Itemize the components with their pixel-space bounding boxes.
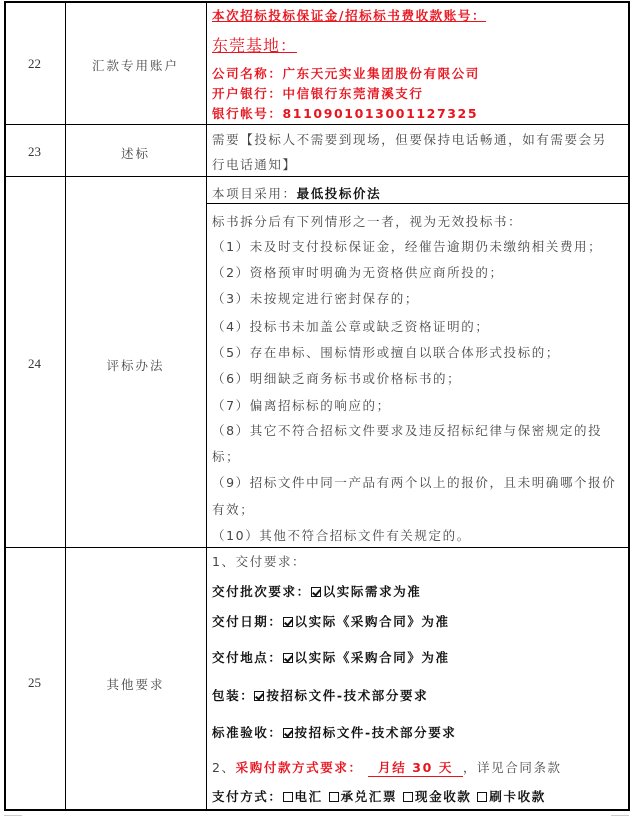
delivery-location: 交付地点：以实际《采购合同》为准 <box>212 648 450 666</box>
evaluation-method: 本项目采用：最低投标价法 <box>212 184 381 202</box>
checkbox-icon[interactable] <box>329 792 339 802</box>
row-label: 其他要求 <box>65 675 206 693</box>
row-label: 述标 <box>65 144 206 162</box>
row-number: 25 <box>4 675 65 691</box>
invalid-item: （2）资格预审时明确为无资格供应商所投的； <box>212 263 504 281</box>
checkbox-icon[interactable] <box>477 792 487 802</box>
company-name: 公司名称：广东天元实业集团股份有限公司 <box>212 64 480 82</box>
payment-value: 月结 30 天 <box>368 758 463 777</box>
field-key: 交付地点： <box>212 650 283 665</box>
field-key: 包装： <box>212 688 254 703</box>
checked-checkbox-icon[interactable] <box>254 691 264 701</box>
row-number: 23 <box>4 144 65 160</box>
presentation-text: 行电话通知】 <box>212 155 297 173</box>
invalid-intro: 标书拆分后有下列情形之一者，视为无效投标书： <box>212 212 522 230</box>
invalid-item: 标； <box>212 447 240 465</box>
invalid-item: 有效； <box>212 500 254 518</box>
field-key: 交付批次要求： <box>212 584 311 599</box>
presentation-text: 需要【投标人不需要到现场，但要保持电话畅通，如有需要会另 <box>212 130 607 148</box>
pay-method-option: 刷卡收款 <box>489 789 545 804</box>
delivery-batch: 交付批次要求：以实际需求为准 <box>212 582 421 600</box>
invalid-item: （4）投标书未加盖公章或缺乏资格证明的； <box>212 317 489 335</box>
invalid-item: （8）其它不符合招标文件要求及违反招标纪律与保密规定的投 <box>212 421 602 439</box>
pay-method-option: 电汇 <box>295 789 323 804</box>
checkbox-icon[interactable] <box>283 792 293 802</box>
base-name: 东莞基地： <box>212 33 297 56</box>
invalid-item: （7）偏离招标标的响应的； <box>212 396 391 414</box>
checkbox-icon[interactable] <box>403 792 413 802</box>
invalid-item: （1）未及时支付投标保证金，经催告逾期仍未缴纳相关费用； <box>212 237 602 255</box>
row-divider <box>6 547 628 548</box>
packaging: 包装：按招标文件-技术部分要求 <box>212 686 428 704</box>
method-prefix: 本项目采用： <box>212 186 297 201</box>
checked-checkbox-icon[interactable] <box>283 617 293 627</box>
pay-method-option: 现金收款 <box>415 789 471 804</box>
account-heading: 本次招标投标保证金/招标标书费收款账号： <box>212 6 486 24</box>
row-number: 22 <box>4 56 65 72</box>
pay-methods: 支付方式：电汇 承兑汇票 现金收款 刷卡收款 <box>212 787 546 805</box>
row-divider <box>6 124 628 125</box>
payment-suffix: ，详见合同条款 <box>463 760 562 775</box>
invalid-item: （10）其他不符合招标文件有关规定的。 <box>212 526 471 544</box>
invalid-item: （9）招标文件中同一产品有两个以上的报价，且未明确哪个报价 <box>212 473 616 491</box>
field-key: 交付日期： <box>212 614 283 629</box>
invalid-item: （6）明细缺乏商务标书或价格标书的； <box>212 369 461 387</box>
field-value: 按招标文件-技术部分要求 <box>266 688 428 703</box>
bank-account: 银行帐号：8110901013001127325 <box>212 104 478 122</box>
checked-checkbox-icon[interactable] <box>283 653 293 663</box>
delivery-heading: 1、交付要求： <box>212 552 306 570</box>
row-label: 汇款专用账户 <box>65 56 206 74</box>
row-label: 评标办法 <box>65 356 206 374</box>
field-key: 标准验收： <box>212 725 283 740</box>
field-value: 以实际需求为准 <box>323 584 422 599</box>
field-value: 按招标文件-技术部分要求 <box>295 725 457 740</box>
acceptance-standard: 标准验收：按招标文件-技术部分要求 <box>212 723 456 741</box>
invalid-item: （3）未按规定进行密封保存的； <box>212 289 419 307</box>
method-value: 最低投标价法 <box>297 186 382 201</box>
checked-checkbox-icon[interactable] <box>311 587 321 597</box>
payment-num: 2、 <box>212 760 236 775</box>
payment-terms: 2、采购付款方式要求： 月结 30 天，详见合同条款 <box>212 758 562 777</box>
bank-name: 开户银行：中信银行东莞清溪支行 <box>212 84 424 102</box>
pay-method-label: 支付方式： <box>212 789 283 804</box>
row-number: 24 <box>4 356 65 372</box>
field-value: 以实际《采购合同》为准 <box>295 650 450 665</box>
delivery-date: 交付日期：以实际《采购合同》为准 <box>212 612 450 630</box>
row-divider <box>6 176 628 177</box>
checked-checkbox-icon[interactable] <box>283 728 293 738</box>
cell-divider <box>206 203 628 204</box>
field-value: 以实际《采购合同》为准 <box>295 614 450 629</box>
pay-method-option: 承兑汇票 <box>341 789 397 804</box>
invalid-item: （5）存在串标、围标情形或擅自以联合体形式投标的； <box>212 343 560 361</box>
payment-label: 采购付款方式要求： <box>236 760 363 775</box>
